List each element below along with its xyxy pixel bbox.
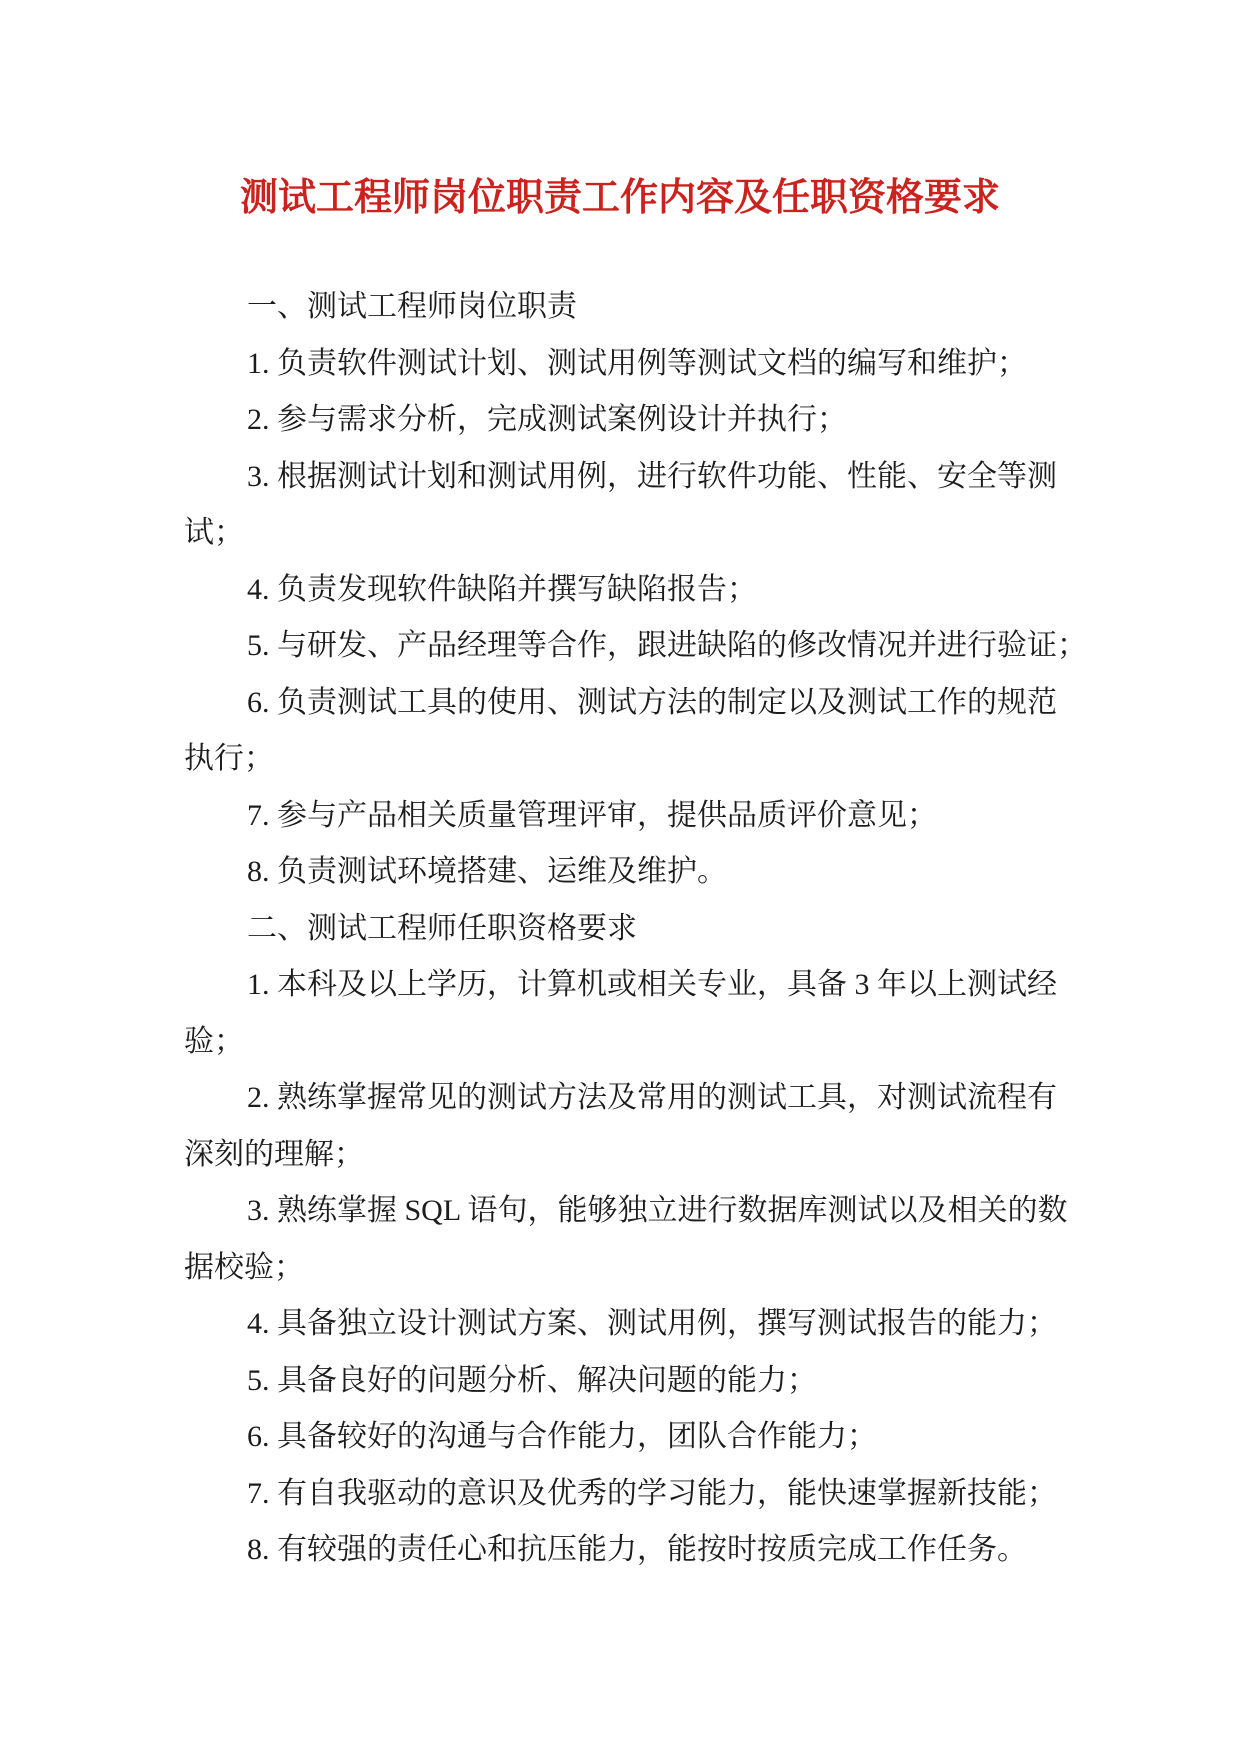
req-item-2: 2. 熟练掌握常见的测试方法及常用的测试工具，对测试流程有	[184, 1070, 1084, 1127]
duty-item-2: 2. 参与需求分析，完成测试案例设计并执行；	[184, 392, 1084, 449]
req-item-4: 4. 具备独立设计测试方案、测试用例，撰写测试报告的能力；	[184, 1296, 1084, 1353]
req-item-3: 3. 熟练掌握 SQL 语句，能够独立进行数据库测试以及相关的数	[184, 1183, 1084, 1240]
duty-item-5: 5. 与研发、产品经理等合作，跟进缺陷的修改情况并进行验证；	[184, 618, 1084, 675]
req-item-1-cont: 验；	[184, 1014, 1084, 1071]
section-heading-1: 一、测试工程师岗位职责	[184, 279, 1084, 336]
duty-item-3-cont: 试；	[184, 505, 1084, 562]
req-item-1: 1. 本科及以上学历，计算机或相关专业，具备 3 年以上测试经	[184, 957, 1084, 1014]
document-body: 一、测试工程师岗位职责 1. 负责软件测试计划、测试用例等测试文档的编写和维护；…	[184, 279, 1084, 1579]
duty-item-4: 4. 负责发现软件缺陷并撰写缺陷报告；	[184, 562, 1084, 619]
duty-item-6-cont: 执行；	[184, 731, 1084, 788]
document-title: 测试工程师岗位职责工作内容及任职资格要求	[0, 176, 1240, 220]
req-item-7: 7. 有自我驱动的意识及优秀的学习能力，能快速掌握新技能；	[184, 1466, 1084, 1523]
duty-item-7: 7. 参与产品相关质量管理评审，提供品质评价意见；	[184, 788, 1084, 845]
req-item-8: 8. 有较强的责任心和抗压能力，能按时按质完成工作任务。	[184, 1522, 1084, 1579]
req-item-6: 6. 具备较好的沟通与合作能力，团队合作能力；	[184, 1409, 1084, 1466]
duty-item-8: 8. 负责测试环境搭建、运维及维护。	[184, 844, 1084, 901]
duty-item-6: 6. 负责测试工具的使用、测试方法的制定以及测试工作的规范	[184, 675, 1084, 732]
req-item-2-cont: 深刻的理解；	[184, 1127, 1084, 1184]
document-page: 测试工程师岗位职责工作内容及任职资格要求 一、测试工程师岗位职责 1. 负责软件…	[0, 0, 1240, 1753]
req-item-3-cont: 据校验；	[184, 1240, 1084, 1297]
section-heading-2: 二、测试工程师任职资格要求	[184, 901, 1084, 958]
req-item-5: 5. 具备良好的问题分析、解决问题的能力；	[184, 1353, 1084, 1410]
duty-item-1: 1. 负责软件测试计划、测试用例等测试文档的编写和维护；	[184, 336, 1084, 393]
duty-item-3: 3. 根据测试计划和测试用例，进行软件功能、性能、安全等测	[184, 449, 1084, 506]
